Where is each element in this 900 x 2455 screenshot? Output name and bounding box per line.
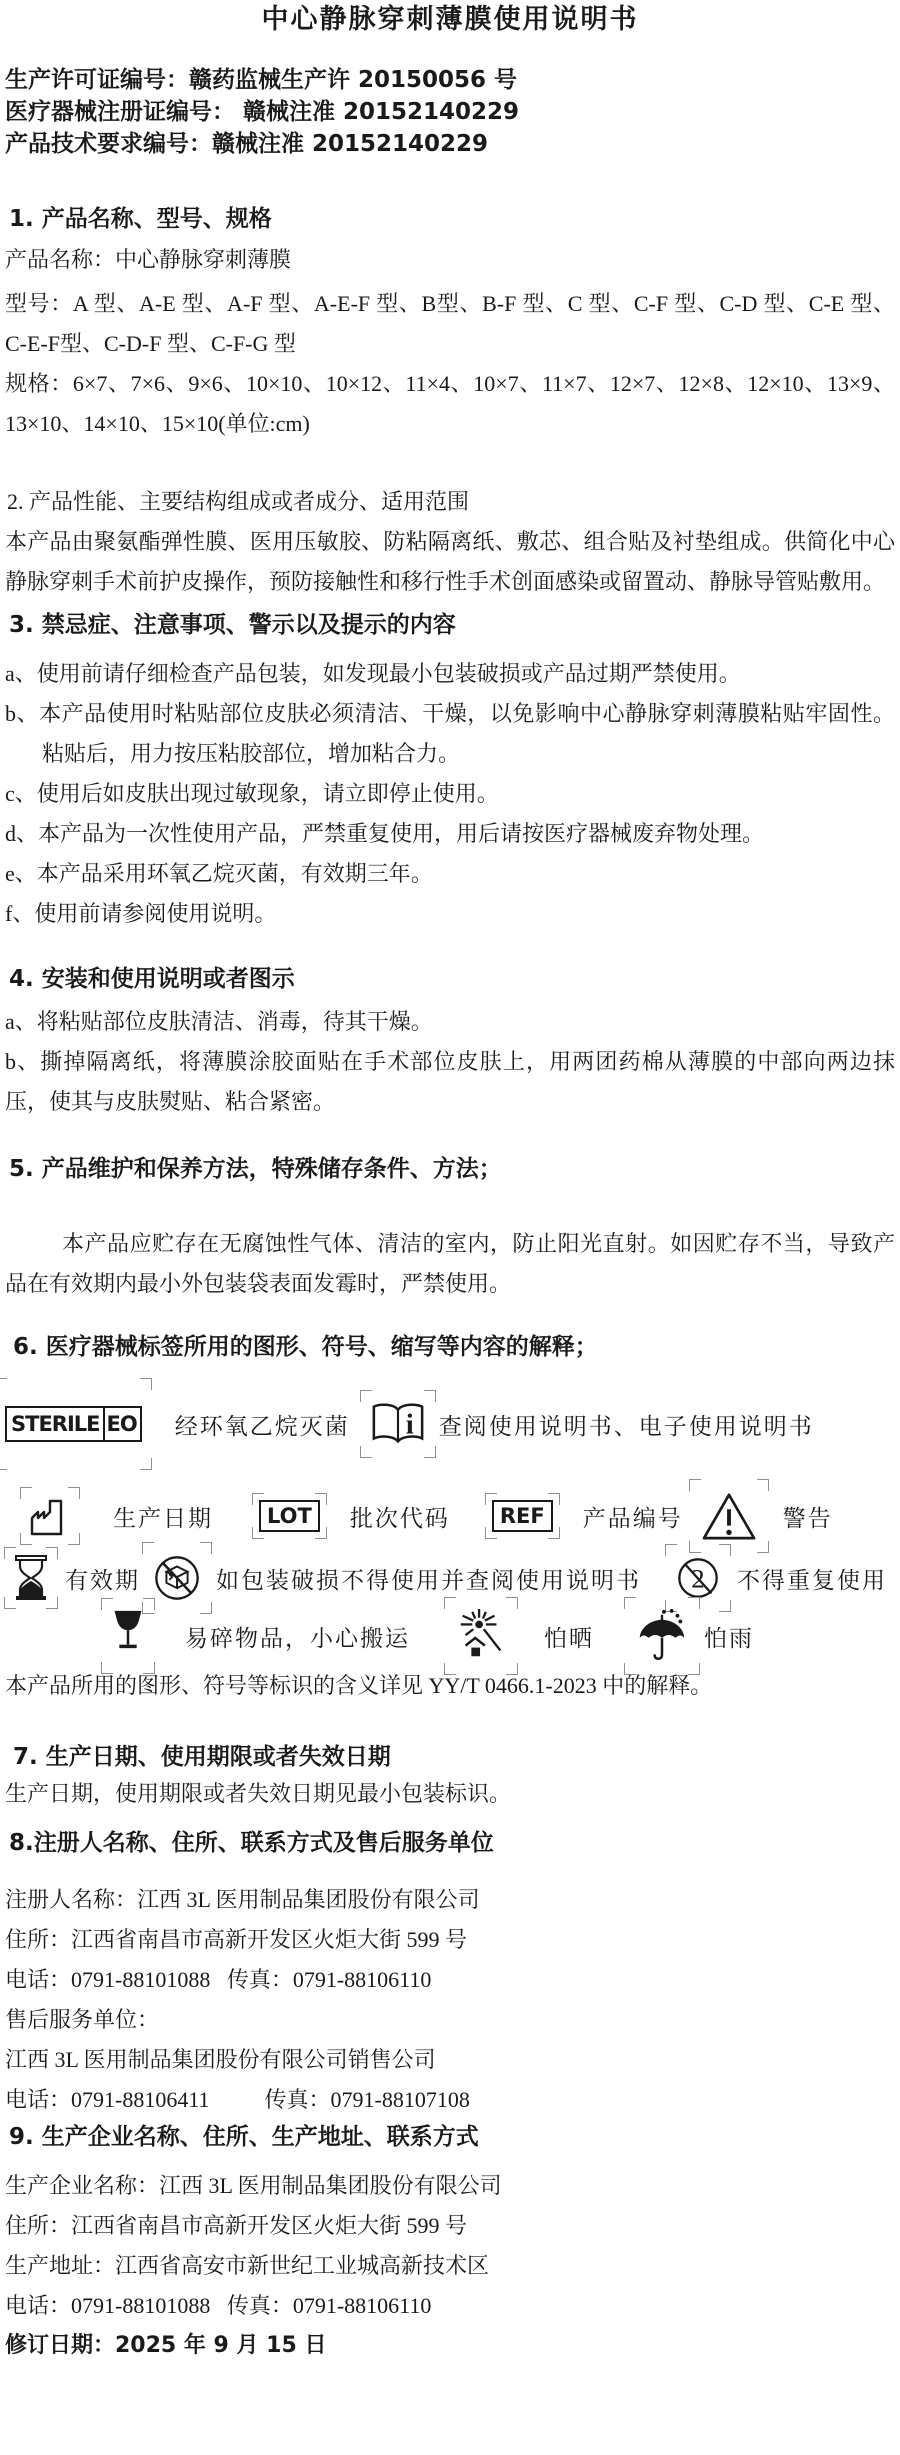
list-item: a、将粘贴部位皮肤清洁、消毒，待其干燥。 (5, 1002, 895, 1042)
fragile-glass-icon (111, 1609, 145, 1663)
revision-date-line: 修订日期：2025 年 9 月 15 日 (5, 2326, 895, 2366)
registrant-phone-fax-line: 电话：0791-88101088 传真：0791-88106110 (5, 1960, 895, 2000)
section3-list: a、使用前请仔细检查产品包装，如发现最小包装破损或产品过期严禁使用。 b、本产品… (5, 654, 895, 934)
ref-number-icon: REF (492, 1500, 553, 1532)
list-item: b、撕掉隔离纸，将薄膜涂胶面贴在手术部位皮肤上，用两团药棉从薄膜的中部向两边抹压… (5, 1042, 895, 1122)
symbol-label: 批次代码 (350, 1500, 450, 1533)
symbol-row-2: 生产日期 LOT 批次代码 REF 产品编号 警告 (5, 1490, 895, 1542)
svg-text:i: i (405, 1409, 413, 1441)
spec-line: 规格：6×7、7×6、9×6、10×10、10×12、11×4、10×7、11×… (5, 364, 895, 444)
after-sales-label-line: 售后服务单位： (5, 2000, 895, 2040)
model-line: 型号：A 型、A-E 型、A-F 型、A-E-F 型、B型、B-F 型、C 型、… (5, 284, 895, 364)
section6-heading: 6. 医疗器械标签所用的图形、符号、缩写等内容的解释； (5, 1332, 895, 1362)
after-sales-phone-fax-line: 电话：0791-88106411 传真：0791-88107108 (5, 2080, 895, 2120)
registration-cert-line: 医疗器械注册证编号： 赣械注准 20152140229 (5, 96, 895, 128)
list-item: d、本产品为一次性使用产品，严禁重复使用，用后请按医疗器械废弃物处理。 (5, 814, 895, 854)
registrant-name-line: 注册人名称：江西 3L 医用制品集团股份有限公司 (5, 1880, 895, 1920)
keep-dry-umbrella-icon (634, 1608, 690, 1664)
section5-body: 本产品应贮存在无腐蚀性气体、清洁的室内，防止阳光直射。如因贮存不当，导致产品在有… (5, 1224, 895, 1304)
list-item: b、本产品使用时粘贴部位皮肤必须清洁、干燥，以免影响中心静脉穿刺薄膜粘贴牢固性。… (5, 694, 895, 774)
symbol-label: 查阅使用说明书、电子使用说明书 (439, 1408, 814, 1441)
warning-triangle-icon (699, 1490, 759, 1542)
symbol-label: 产品编号 (583, 1500, 683, 1533)
section2-heading: 2. 产品性能、主要结构组成或者成分、适用范围 (5, 482, 895, 522)
keep-away-from-sunlight-icon (454, 1608, 508, 1664)
symbol-label: 不得重复使用 (737, 1562, 887, 1595)
manufacturer-address-line: 住所：江西省南昌市高新开发区火炬大街 599 号 (5, 2206, 895, 2246)
symbol-row-1: STERILE EO 经环氧乙烷灭菌 i 查阅使用说明书、电子使用说明书 (5, 1398, 895, 1450)
list-item: a、使用前请仔细检查产品包装，如发现最小包装破损或产品过期严禁使用。 (5, 654, 895, 694)
hourglass-expiry-icon (11, 1554, 51, 1602)
symbol-label: 如包装破损不得使用并查阅使用说明书 (216, 1562, 641, 1595)
section4-heading: 4. 安装和使用说明或者图示 (5, 964, 895, 994)
list-item: c、使用后如皮肤出现过敏现象，请立即停止使用。 (5, 774, 895, 814)
symbol-row-4: 易碎物品，小心搬运 怕晒 (5, 1610, 895, 1662)
symbol-label: 有效期 (65, 1562, 140, 1595)
section8-heading: 8.注册人名称、住所、联系方式及售后服务单位 (5, 1828, 895, 1858)
symbol-label: 易碎物品，小心搬运 (185, 1620, 410, 1653)
section1-heading: 1. 产品名称、型号、规格 (5, 204, 895, 234)
registrant-address-line: 住所：江西省南昌市高新开发区火炬大街 599 号 (5, 1920, 895, 1960)
instruction-document-page: 中心静脉穿刺薄膜使用说明书 生产许可证编号：赣药监械生产许 20150056 号… (0, 0, 900, 2455)
page-title: 中心静脉穿刺薄膜使用说明书 (5, 2, 895, 38)
license-block: 生产许可证编号：赣药监械生产许 20150056 号 医疗器械注册证编号： 赣械… (5, 64, 895, 160)
section2-body: 本产品由聚氨酯弹性膜、医用压敏胶、防粘隔离纸、敷芯、组合贴及衬垫组成。供简化中心… (5, 522, 895, 602)
section7-heading: 7. 生产日期、使用期限或者失效日期 (5, 1742, 895, 1772)
do-not-use-if-package-damaged-icon (152, 1553, 202, 1603)
section9-lines: 生产企业名称：江西 3L 医用制品集团股份有限公司 住所：江西省南昌市高新开发区… (5, 2166, 895, 2326)
symbol-label: 生产日期 (113, 1500, 213, 1533)
do-not-reuse-icon: 2 (675, 1555, 721, 1601)
manufacturer-name-line: 生产企业名称：江西 3L 医用制品集团股份有限公司 (5, 2166, 895, 2206)
sterile-eo-icon: STERILE EO (5, 1406, 142, 1442)
section7-body: 生产日期，使用期限或者失效日期见最小包装标识。 (5, 1774, 895, 1814)
consult-instructions-icon: i (370, 1401, 426, 1447)
symbol-label: 警告 (783, 1500, 833, 1533)
after-sales-company-line: 江西 3L 医用制品集团股份有限公司销售公司 (5, 2040, 895, 2080)
manufacture-date-icon (27, 1494, 73, 1538)
lot-code-icon: LOT (259, 1500, 320, 1532)
section8-lines: 注册人名称：江西 3L 医用制品集团股份有限公司 住所：江西省南昌市高新开发区火… (5, 1880, 895, 2120)
section3-heading: 3. 禁忌症、注意事项、警示以及提示的内容 (5, 610, 895, 640)
symbol-label: 怕雨 (704, 1620, 754, 1653)
production-address-line: 生产地址：江西省高安市新世纪工业城高新技术区 (5, 2246, 895, 2286)
list-item: f、使用前请参阅使用说明。 (5, 894, 895, 934)
symbol-label: 经环氧乙烷灭菌 (175, 1408, 350, 1441)
manufacturer-phone-fax-line: 电话：0791-88101088 传真：0791-88106110 (5, 2286, 895, 2326)
product-name-line: 产品名称：中心静脉穿刺薄膜 (5, 240, 895, 280)
technical-requirement-line: 产品技术要求编号：赣械注准 20152140229 (5, 128, 895, 160)
section9-heading: 9. 生产企业名称、住所、生产地址、联系方式 (5, 2122, 895, 2152)
production-license-line: 生产许可证编号：赣药监械生产许 20150056 号 (5, 64, 895, 96)
section5-heading: 5. 产品维护和保养方法，特殊储存条件、方法； (5, 1154, 895, 1184)
list-item: e、本产品采用环氧乙烷灭菌，有效期三年。 (5, 854, 895, 894)
symbol-label: 怕晒 (544, 1620, 594, 1653)
